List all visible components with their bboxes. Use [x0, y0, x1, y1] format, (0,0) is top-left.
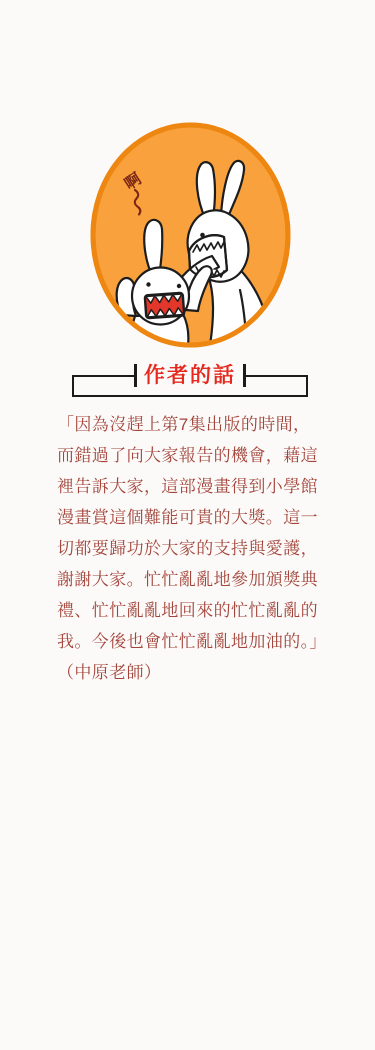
author-note-title-box: 作者的話 [72, 364, 308, 398]
note-line: 謝謝大家。忙忙亂亂地參加頒獎典 [57, 564, 327, 595]
note-signature: （中原老師） [57, 657, 327, 688]
bitten-rabbit-eye-left [146, 282, 150, 286]
bitten-rabbit-eye-right [177, 284, 181, 288]
rabbits-illustration: 啊 [75, 100, 305, 350]
note-line: 而錯過了向大家報告的機會，藉這 [57, 440, 327, 471]
note-line: 禮、忙忙亂亂地回來的忙忙亂亂的 [57, 595, 327, 626]
note-line: 漫畫賞這個難能可貴的大獎。這一 [57, 502, 327, 533]
note-line: 切都要歸功於大家的支持與愛護， [57, 533, 327, 564]
author-note: 「因為沒趕上第7集出版的時間， 而錯過了向大家報告的機會，藉這 裡告訴大家，這部… [57, 409, 327, 688]
note-line: 我。今後也會忙忙亂亂地加油的。」 [57, 626, 327, 657]
page-title: 作者的話 [134, 364, 246, 387]
note-line: 裡告訴大家，這部漫畫得到小學館 [57, 471, 327, 502]
book-page: 啊 作者的話 「因為沒趕上第7集出版的時間， 而錯過了向大家報告的機會，藉這 裡… [0, 0, 375, 1050]
note-line: 「因為沒趕上第7集出版的時間， [57, 409, 327, 440]
